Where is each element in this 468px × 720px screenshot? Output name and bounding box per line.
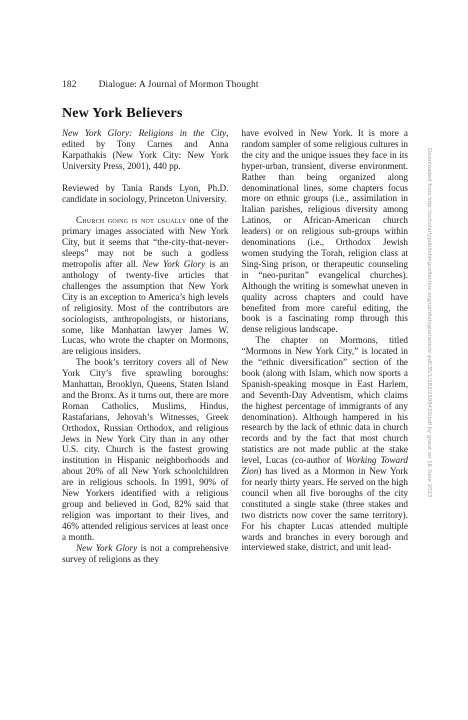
text-columns: New York Glory: Religions in the City, e… [62, 128, 408, 658]
download-watermark: Downloaded from http://scholarlypublishi… [426, 148, 432, 618]
page-number: 182 [62, 80, 77, 90]
text-run: The book’s territory covers all of New Y… [62, 357, 229, 542]
paragraph: The chapter on Mormons, titled “Mormons … [242, 335, 409, 553]
paragraph: Reviewed by Tania Rands Lyon, Ph.D. cand… [62, 183, 229, 205]
paragraph: have evolved in New York. It is more a r… [242, 128, 409, 335]
paragraph: New York Glory: Religions in the City, e… [62, 128, 229, 172]
text-run: is an anthology of twenty-five articles … [62, 259, 229, 356]
journal-title: Dialogue: A Journal of Mormon Thought [99, 80, 259, 90]
text-run: have evolved in New York. It is more a r… [242, 128, 409, 334]
text-run: Reviewed by Tania Rands Lyon, Ph.D. cand… [62, 183, 229, 204]
article-title: New York Believers [62, 106, 408, 122]
text-run: ) has lived as a Mormon in New York for … [242, 466, 409, 552]
journal-page: 182 Dialogue: A Journal of Mormon Though… [0, 0, 468, 720]
text-run: New York Glory [142, 259, 205, 269]
text-run: New York Glory: Religions in the City [62, 128, 226, 138]
running-head: 182 Dialogue: A Journal of Mormon Though… [62, 80, 408, 90]
right-column: have evolved in New York. It is more a r… [242, 128, 409, 658]
text-run: The chapter on Mormons, titled “Mormons … [242, 335, 409, 465]
paragraph: The book’s territory covers all of New Y… [62, 357, 229, 542]
paragraph: Church going is not usually one of the p… [62, 215, 229, 357]
text-run: Church going is not usually [76, 215, 186, 225]
left-column: New York Glory: Religions in the City, e… [62, 128, 229, 658]
text-run: New York Glory [76, 543, 137, 553]
paragraph: New York Glory is not a comprehensive su… [62, 543, 229, 565]
